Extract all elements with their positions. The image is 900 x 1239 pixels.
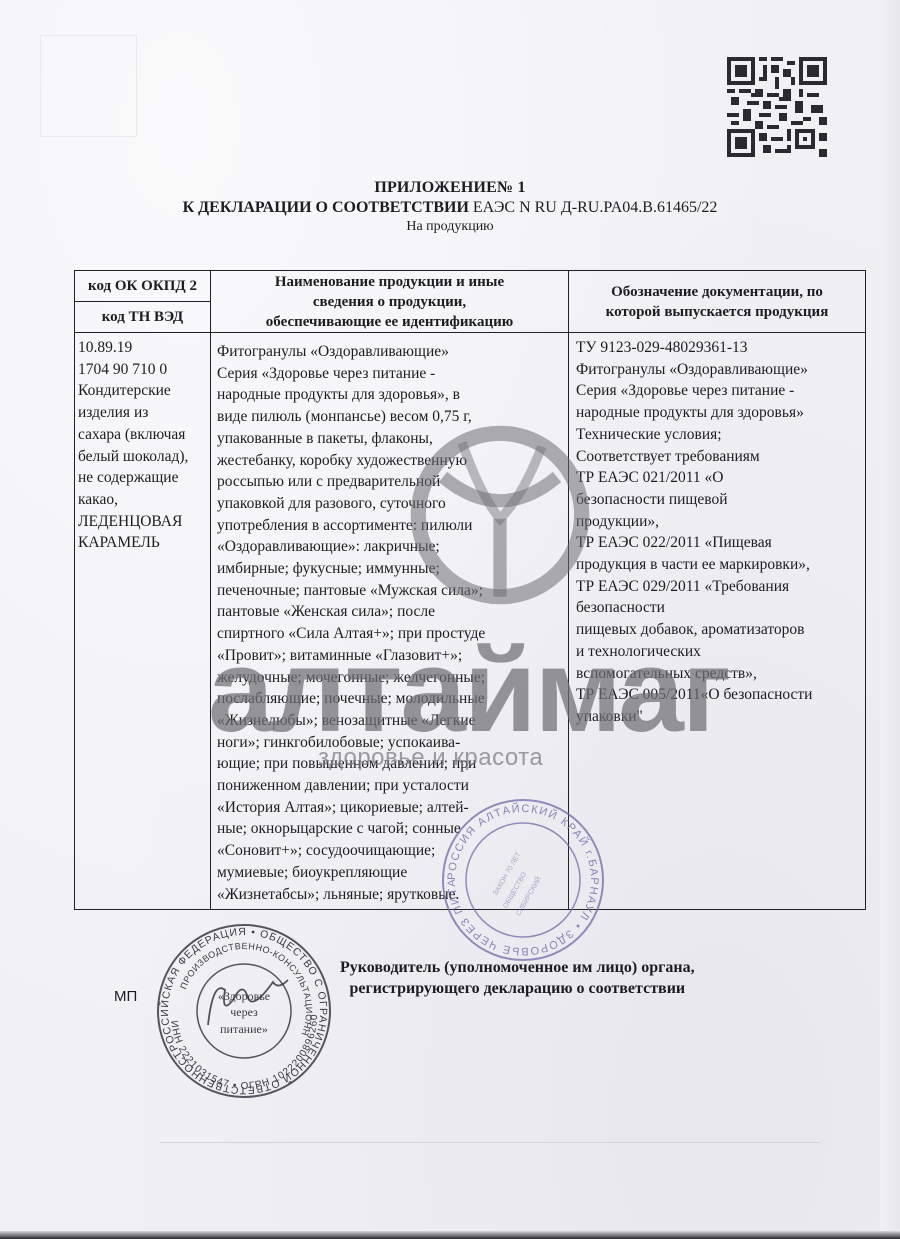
signature-block: Руководитель (уполномоченное им лицо) ор…: [340, 957, 695, 999]
text-line: Серия «Здоровье через питание -: [217, 363, 562, 385]
ghost-underline: [160, 1142, 630, 1143]
text-line: КАРАМЕЛЬ: [78, 532, 208, 554]
text-line: упакованные в пакеты, флаконы,: [217, 428, 562, 450]
svg-text:РОССИЙСКАЯ ФЕДЕРАЦИЯ • ОБЩЕСТВ: РОССИЙСКАЯ ФЕДЕРАЦИЯ • ОБЩЕСТВО С ОГРАНИ…: [153, 920, 335, 1102]
text-line: 1704 90 710 0: [78, 359, 208, 381]
text-line: ющие; при повышенном давлении; при: [217, 753, 562, 775]
text-line: россыпью или с предварительной: [217, 471, 562, 493]
text-line: пантовые «Женская сила»; после: [217, 601, 562, 623]
text-line: «Оздоравливающие»: лакричные;: [217, 536, 562, 558]
header-line: сведения о продукции,: [211, 292, 568, 312]
text-line: какао,: [78, 489, 208, 511]
text-line: «Соновит+»; сосудоочищающие;: [217, 840, 562, 862]
text-line: упаковки": [576, 706, 861, 728]
seal-label: МП: [114, 988, 137, 1005]
text-line: «Жизнетабсы»; льняные; ярутковые.: [217, 884, 562, 906]
text-line: «История Алтая»; цикориевые; алтей-: [217, 797, 562, 819]
text-line: ТР ЕАЭС 021/2011 «О: [576, 467, 861, 489]
cell-product-description: Фитогранулы «Оздоравливающие»Серия «Здор…: [211, 333, 569, 910]
text-line: ТР ЕАЭС 029/2011 «Требования: [576, 576, 861, 598]
header-tn-ved-code: код ТН ВЭД: [75, 302, 211, 333]
round-stamp-left: РОССИЙСКАЯ ФЕДЕРАЦИЯ • ОБЩЕСТВО С ОГРАНИ…: [153, 920, 335, 1102]
svg-text:ИНН 2221031547 • ОГРН 10222008: ИНН 2221031547 • ОГРН 1022200896260 • АЛ…: [153, 920, 320, 1092]
text-line: 10.89.19: [78, 337, 208, 359]
text-line: ТР ЕАЭС 005/2011«О безопасности: [576, 684, 861, 706]
text-line: «Жизнелюбы»; венозащитные «Легкие: [217, 710, 562, 732]
text-line: ные; окнорыцарские с чагой; сонные: [217, 818, 562, 840]
header-product-name: Наименование продукции и иные сведения о…: [211, 271, 569, 333]
signature-line: Руководитель (уполномоченное им лицо) ор…: [340, 957, 695, 978]
text-line: ТР ЕАЭС 022/2011 «Пищевая: [576, 532, 861, 554]
svg-text:ПРОИЗВОДСТВЕННО-КОНСУЛЬТАЦИОНН: ПРОИЗВОДСТВЕННО-КОНСУЛЬТАЦИОННЫЙ ЦЕНТР: [154, 920, 335, 1038]
for-product-label: На продукцию: [0, 218, 900, 236]
text-line: упаковкой для разового, суточного: [217, 493, 562, 515]
cell-codes: 10.89.191704 90 710 0Кондитерскиеизделия…: [75, 333, 211, 910]
text-line: печеночные; пантовые «Мужская сила»;: [217, 580, 562, 602]
text-line: изделия из: [78, 402, 208, 424]
svg-text:через: через: [230, 1005, 258, 1019]
scan-edge-bottom: [0, 1231, 900, 1239]
declaration-title: К ДЕКЛАРАЦИИ О СООТВЕТСТВИИ ЕАЭС N RU Д-…: [0, 198, 900, 218]
text-line: белый шоколад),: [78, 446, 208, 468]
header-line: Обозначение документации, по: [569, 282, 865, 302]
text-line: Технические условия;: [576, 424, 861, 446]
signature-scribble: [208, 980, 288, 1025]
text-line: пониженном давлении; при усталости: [217, 775, 562, 797]
header-line: обеспечивающие ее идентификацию: [211, 312, 568, 332]
text-line: жестебанку, коробку художественную: [217, 450, 562, 472]
text-line: Фитогранулы «Оздоравливающие»: [217, 341, 562, 363]
qr-code[interactable]: [727, 57, 827, 157]
text-line: Соответствует требованиям: [576, 446, 861, 468]
signature-line: регистрирующего декларацию о соответстви…: [340, 978, 695, 999]
text-line: и технологических: [576, 641, 861, 663]
text-line: имбирные; фукусные; иммунные;: [217, 558, 562, 580]
table-row: 10.89.191704 90 710 0Кондитерскиеизделия…: [75, 333, 866, 910]
text-line: народные продукты для здоровья»: [576, 402, 861, 424]
text-line: виде пилюль (монпансье) весом 0,75 г,: [217, 406, 562, 428]
ghost-underline: [610, 1142, 820, 1143]
text-line: употребления в ассортименте: пилюли: [217, 515, 562, 537]
text-line: Серия «Здоровье через питание -: [576, 380, 861, 402]
text-line: безопасности пищевой: [576, 489, 861, 511]
text-line: вспомогательных средств»,: [576, 663, 861, 685]
declaration-table: код ОК ОКПД 2 Наименование продукции и и…: [74, 270, 866, 910]
text-line: послабляющие; почечные; молодильные: [217, 688, 562, 710]
header-okpd-code: код ОК ОКПД 2: [75, 271, 211, 302]
appendix-title: ПРИЛОЖЕНИЕ№ 1: [0, 178, 900, 198]
document-heading: ПРИЛОЖЕНИЕ№ 1 К ДЕКЛАРАЦИИ О СООТВЕТСТВИ…: [0, 178, 900, 236]
text-line: продукции»,: [576, 511, 861, 533]
header-line: которой выпускается продукция: [569, 302, 865, 322]
text-line: ЛЕДЕНЦОВАЯ: [78, 511, 208, 533]
text-line: Фитогранулы «Оздоравливающие»: [576, 359, 861, 381]
text-line: Кондитерские: [78, 380, 208, 402]
text-line: желудочные; мочегонные; желчегонные;: [217, 667, 562, 689]
text-line: мумиевые; биоукрепляющие: [217, 862, 562, 884]
ghost-qr-showthrough: [40, 35, 137, 137]
text-line: сахара (включая: [78, 424, 208, 446]
declaration-label: К ДЕКЛАРАЦИИ О СООТВЕТСТВИИ: [183, 199, 469, 216]
svg-text:питание»: питание»: [220, 1022, 268, 1036]
cell-documentation: ТУ 9123-029-48029361-13Фитогранулы «Оздо…: [569, 333, 866, 910]
text-line: безопасности: [576, 597, 861, 619]
svg-text:«Здоровье: «Здоровье: [218, 989, 270, 1003]
text-line: пищевых добавок, ароматизаторов: [576, 619, 861, 641]
text-line: продукция в части ее маркировки»,: [576, 554, 861, 576]
text-line: ноги»; гинкгобилобовые; успокаива-: [217, 732, 562, 754]
text-line: «Провит»; витаминные «Глазовит+»;: [217, 645, 562, 667]
declaration-number: ЕАЭС N RU Д-RU.PA04.B.61465/22: [473, 199, 718, 216]
text-line: спиртного «Сила Алтая+»; при простуде: [217, 623, 562, 645]
header-line: Наименование продукции и иные: [211, 272, 568, 292]
text-line: не содержащие: [78, 467, 208, 489]
header-documentation: Обозначение документации, по которой вып…: [569, 271, 866, 333]
table-header-row: код ОК ОКПД 2 Наименование продукции и и…: [75, 271, 866, 302]
text-line: ТУ 9123-029-48029361-13: [576, 337, 861, 359]
text-line: народные продукты для здоровья», в: [217, 384, 562, 406]
